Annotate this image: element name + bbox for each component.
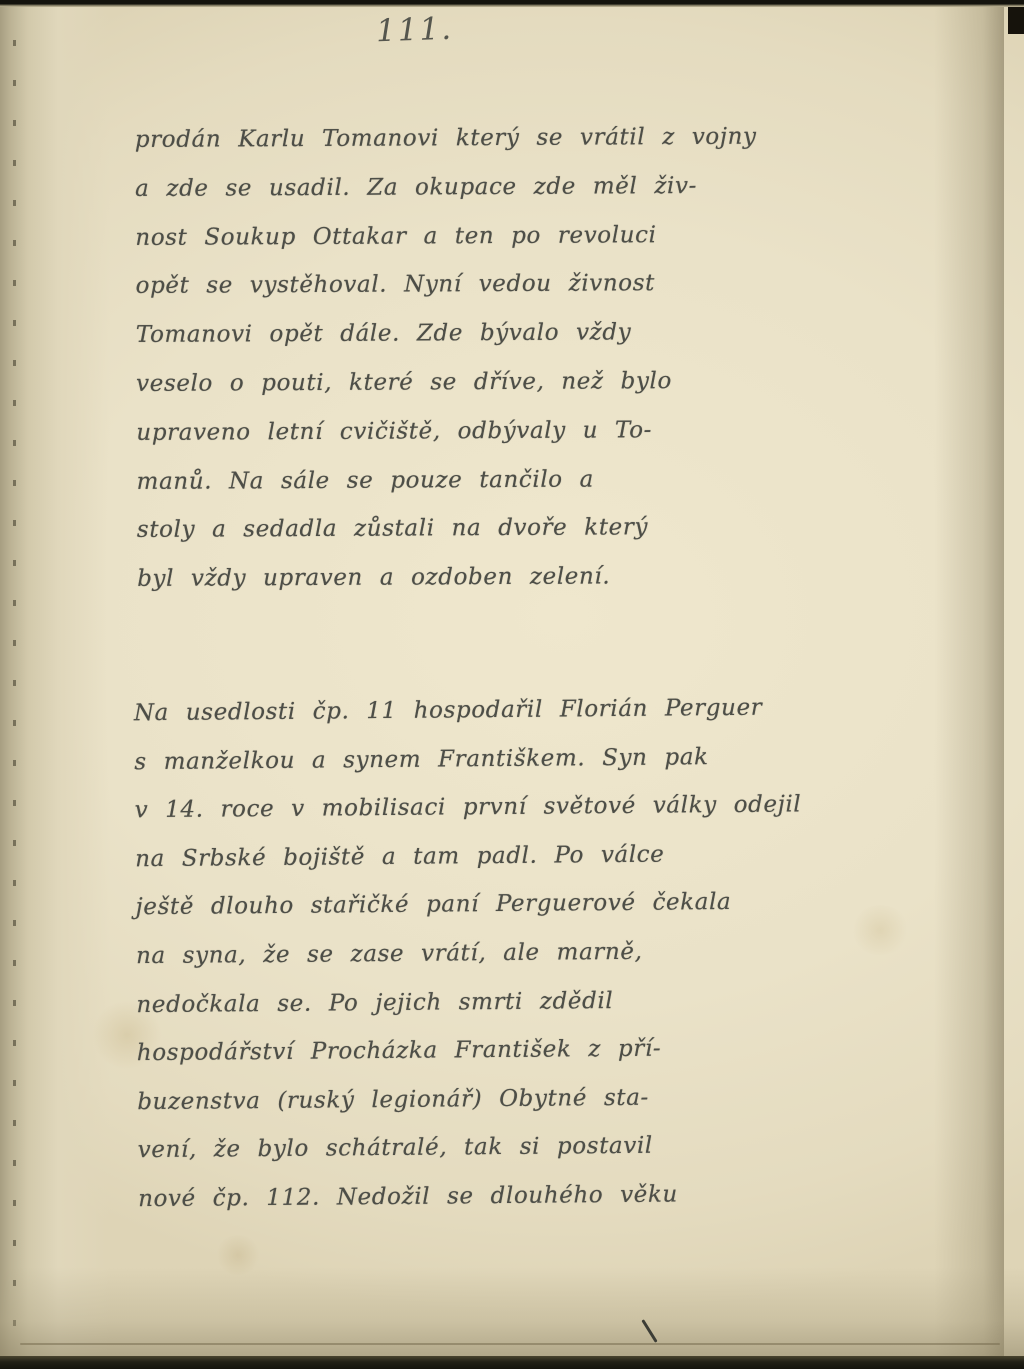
page-edge-shadow-right (934, 0, 1004, 1369)
binding-crease (13, 0, 16, 1369)
paragraph-1: prodán Karlu Tomanovi který se vrátil z … (135, 112, 868, 604)
handwritten-line: opět se vystěhoval. Nyní vedou živnost (135, 258, 865, 311)
handwritten-line: byl vždy upraven a ozdoben zelení. (137, 551, 867, 604)
handwritten-line: manů. Na sále se pouze tančilo a (137, 454, 867, 507)
handwritten-line: prodán Karlu Tomanovi který se vrátil z … (135, 112, 865, 165)
page-bottom-edge-line (20, 1343, 1000, 1345)
handwritten-line: na syna, že se zase vrátí, ale marně, (136, 926, 866, 981)
scan-edge-bottom (0, 1356, 1024, 1369)
handwritten-line: a zde se usadil. Za okupace zde měl živ- (135, 161, 865, 214)
page-stack-edge (1004, 0, 1024, 1369)
handwritten-line: nost Soukup Ottakar a ten po revoluci (135, 210, 865, 263)
handwritten-line: Na usedlosti čp. 11 hospodařil Florián P… (134, 683, 864, 738)
book-gutter-shadow (0, 0, 110, 1369)
handwritten-line: veselo o pouti, které se dříve, než bylo (136, 356, 866, 409)
handwritten-line: ještě dlouho stařičké paní Perguerové če… (135, 877, 865, 932)
handwritten-line: s manželkou a synem Františkem. Syn pak (134, 731, 864, 786)
scan-edge-top (0, 0, 1024, 7)
handwritten-line: Tomanovi opět dále. Zde bývalo vždy (136, 307, 866, 360)
paragraph-2: Na usedlosti čp. 11 hospodařil Florián P… (134, 683, 869, 1224)
handwritten-line: buzenstva (ruský legionář) Obytné sta- (137, 1072, 867, 1127)
handwritten-line: upraveno letní cvičiště, odbývaly u To- (136, 405, 866, 458)
handwritten-line: na Srbské bojiště a tam padl. Po válce (135, 829, 865, 884)
scanned-chronicle-page: 111. prodán Karlu Tomanovi který se vrát… (0, 0, 1024, 1369)
handwritten-line: nedočkala se. Po jejich smrti zdědil (136, 974, 866, 1029)
handwritten-line: vení, že bylo schátralé, tak si postavil (137, 1120, 867, 1175)
handwritten-line: hospodářství Procházka František z pří- (137, 1023, 867, 1078)
handwritten-line: stoly a sedadla zůstali na dvoře který (137, 502, 867, 555)
handwritten-line: v 14. roce v mobilisaci první světové vá… (135, 780, 865, 835)
handwritten-line: nové čp. 112. Nedožil se dlouhého věku (138, 1169, 868, 1224)
page-number: 111. (375, 11, 453, 50)
